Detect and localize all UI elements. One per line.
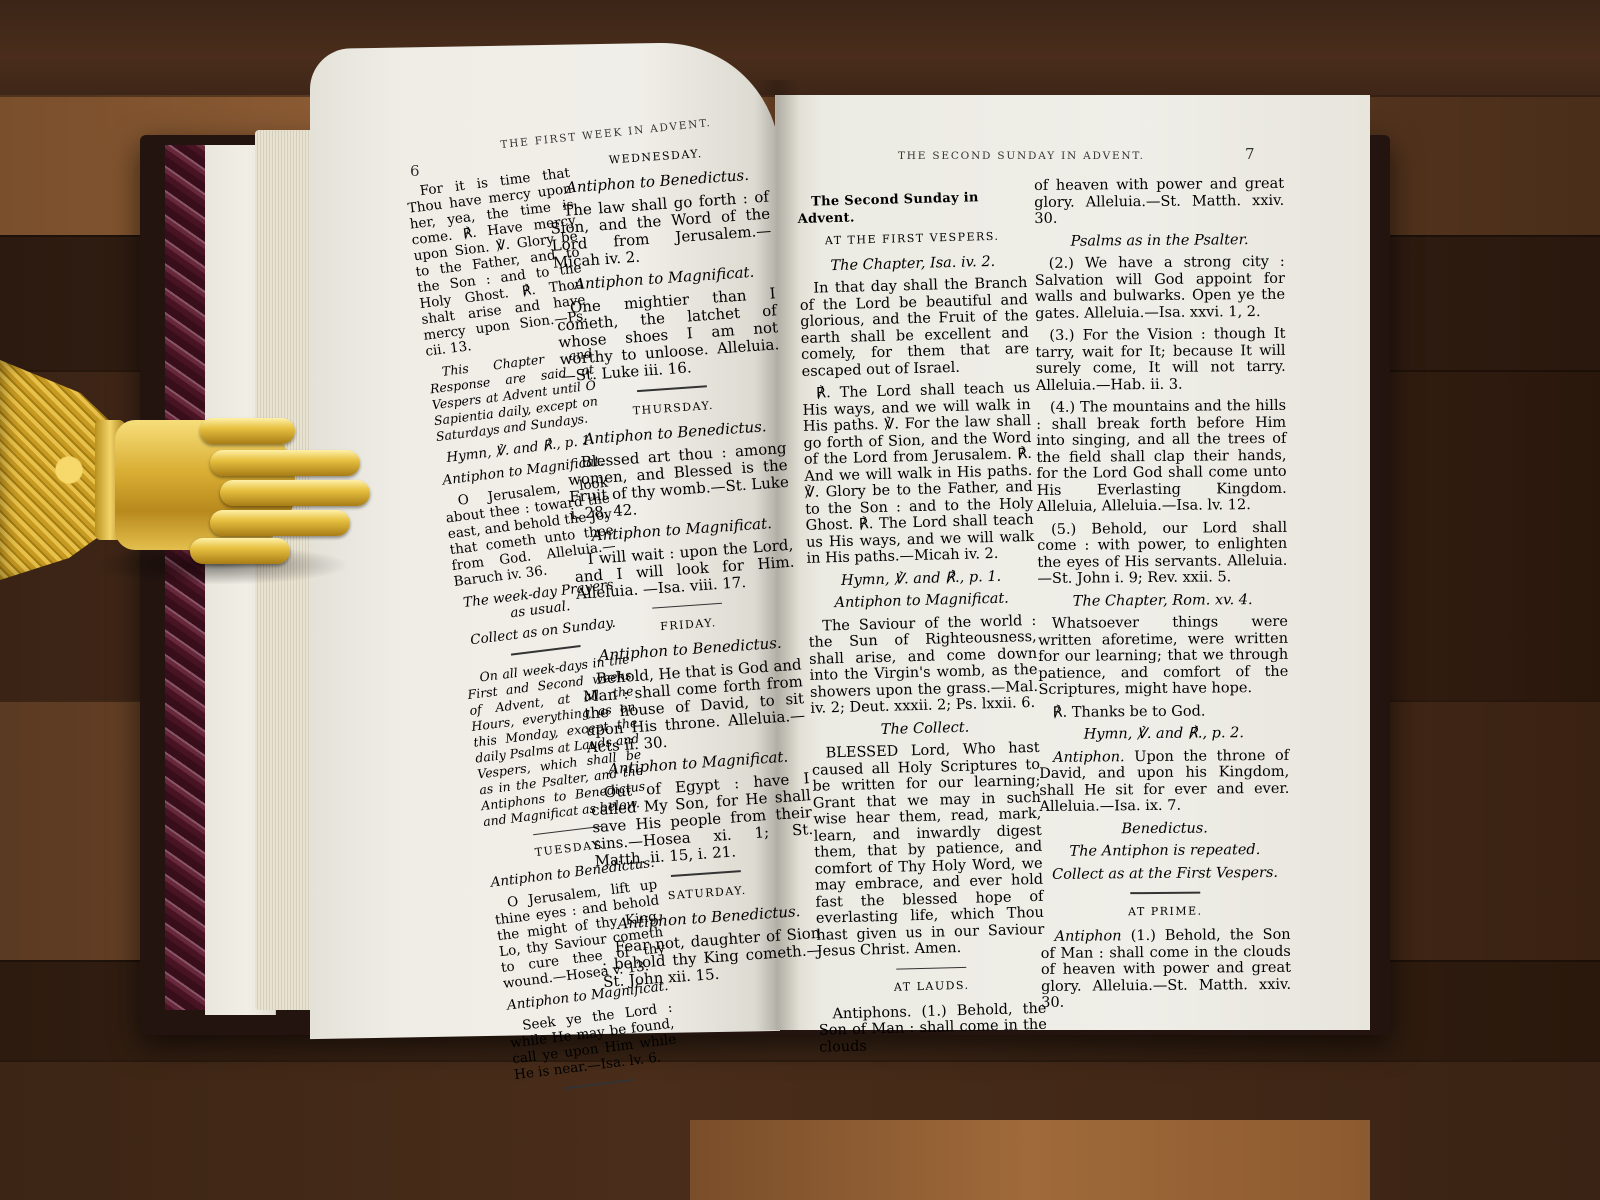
antiphon-text: (5.) Behold, our Lord shall come : with … xyxy=(1037,519,1288,587)
section-rule xyxy=(564,1079,634,1089)
collect-label: The Collect. xyxy=(811,717,1039,739)
chapter-label: The Chapter, Isa. iv. 2. xyxy=(799,253,1027,275)
antiphon-text: (3.) For the Vision : though It tarry, w… xyxy=(1035,326,1286,394)
office-heading: AT LAUDS. xyxy=(818,976,1046,998)
office-heading: AT THE FIRST VESPERS. xyxy=(798,228,1026,250)
section-title: The Second Sunday in Advent. xyxy=(797,189,1026,228)
running-head-right: THE SECOND SUNDAY IN ADVENT. xyxy=(898,150,1145,162)
right-column-a: The Second Sunday in Advent. AT THE FIRS… xyxy=(797,189,1048,1062)
table-plank xyxy=(690,1120,1370,1200)
antiphon-text: Out of Egypt : have I called My Son, for… xyxy=(589,770,814,870)
section-rule xyxy=(896,966,966,969)
section-rule xyxy=(510,645,580,655)
antiphon-text: I will wait : upon the Lord, and I will … xyxy=(573,536,796,602)
clip-finger xyxy=(210,510,350,536)
office-heading: AT PRIME. xyxy=(1040,902,1290,921)
page-number-left: 6 xyxy=(410,162,420,180)
antiphon-text: Fear not, daughter of Sion : behold thy … xyxy=(600,924,823,990)
antiphon-text: The Saviour of the world : the Sun of Ri… xyxy=(808,612,1039,717)
section-rule xyxy=(637,385,707,391)
antiphon-label: Antiphon to Magnificat. xyxy=(807,590,1035,612)
section-rule xyxy=(1130,892,1200,894)
collect-text: BLESSED Lord, Who hast caused all Holy S… xyxy=(811,740,1045,960)
antiphon-block: Antiphon. Upon the throne of David, and … xyxy=(1039,747,1290,815)
page-number-right: 7 xyxy=(1245,145,1255,163)
antiphon-text: The law shall go forth : of Sion, and th… xyxy=(549,189,773,272)
continuation-text: of heaven with power and great glory. Al… xyxy=(1034,176,1284,228)
antiphon-text: One mightier than I cometh, the latchet … xyxy=(556,285,781,385)
canticle-label: Benedictus. xyxy=(1040,819,1290,838)
rubric: Collect as at the First Vespers. xyxy=(1040,864,1290,883)
antiphon-label: Antiphon. xyxy=(1053,749,1125,766)
clip-finger xyxy=(190,538,290,564)
chapter-text: In that day shall the Branch of the Lord… xyxy=(799,275,1030,380)
antiphon-label: Antiphon xyxy=(1055,928,1122,945)
gold-hand-page-clip xyxy=(0,360,380,590)
chapter-label: The Chapter, Rom. xv. 4. xyxy=(1038,591,1288,610)
section-rule xyxy=(652,602,722,608)
hymn-reference: Hymn, ℣. and ℟., p. 1. xyxy=(807,567,1035,589)
antiphon-text: (4.) The mountains and the hills : shall… xyxy=(1036,398,1287,516)
antiphon-block: Antiphon (1.) Behold, the Son of Man : s… xyxy=(1041,927,1292,1012)
clip-finger xyxy=(210,450,360,476)
clip-finger xyxy=(200,418,295,444)
rubric: Psalms as in the Psalter. xyxy=(1034,231,1284,250)
antiphon-text: (2.) We have a strong city : Salvation w… xyxy=(1035,254,1286,322)
plank-seam xyxy=(0,1060,1600,1062)
hymn-reference: Hymn, ℣. and ℟., p. 2. xyxy=(1039,725,1289,744)
section-rule xyxy=(671,870,741,876)
response-text: ℟. Thanks be to God. xyxy=(1039,702,1289,721)
clip-finger xyxy=(220,480,370,506)
antiphon-text: Behold, He that is God and Man : shall c… xyxy=(581,656,806,756)
response-text: ℟. The Lord shall teach us His ways, and… xyxy=(802,380,1035,567)
right-column-b: of heaven with power and great glory. Al… xyxy=(1034,176,1291,1018)
antiphon-text: Blessed art thou : among women, and Bles… xyxy=(566,439,790,522)
antiphon-text: Antiphons. (1.) Behold, the Son of Man :… xyxy=(818,1000,1047,1055)
antiphon-text: Seek ye the Lord : while He may be found… xyxy=(507,1000,679,1084)
chapter-text: Whatsoever things were written aforetime… xyxy=(1038,614,1289,699)
table-plank xyxy=(0,0,1600,95)
rubric: The Antiphon is repeated. xyxy=(1040,842,1290,861)
